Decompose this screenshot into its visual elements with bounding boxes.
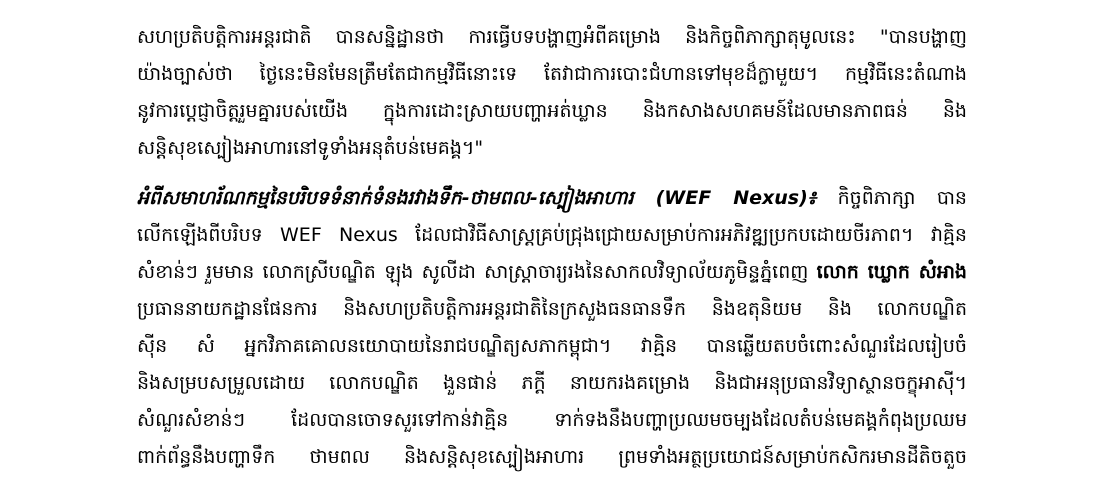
text-line: ស៊ីន សំ អ្នកវិភាគគោលនយោបាយនៃរាជបណ្ឌិត្យស… [137,328,967,365]
text-line: សហប្រតិបត្តិការអន្តរជាតិ បានសន្និដ្ឋានថា… [137,19,967,56]
text-fragment: សំខាន់ៗ រួមមាន លោកស្រីបណ្ឌិត ឡុង សូលីដា … [137,261,817,283]
section-heading: អំពីសមាហរ័ណកម្មនៃបរិបទទំនាក់ទំនងរវាងទឹក-… [137,187,816,209]
text-fragment: កិច្ចពិភាក្សា បាន [816,187,967,209]
text-line: ប្រធាននាយកដ្ឋានផែនការ និងសហប្រតិបត្តិការ… [137,291,967,328]
text-line: និងសម្របសម្រួលដោយ លោកបណ្ឌិត ងួនផាន់ ភក្ត… [137,365,967,402]
text-line: នូវការប្តេជ្ញាចិត្តរួមគ្នារបស់យើង ក្នុងក… [137,93,967,130]
text-line: លើកឡើងពីបរិបទ WEF Nexus ដែលជាវិធីសាស្ត្រ… [137,217,967,254]
document-page: សហប្រតិបត្តិការអន្តរជាតិ បានសន្និដ្ឋានថា… [137,0,967,476]
paragraph-wef-nexus: អំពីសមាហរ័ណកម្មនៃបរិបទទំនាក់ទំនងរវាងទឹក-… [137,180,967,476]
text-line: សន្តិសុខស្បៀងអាហារនៅទូទាំងអនុតំបន់មេគង្គ… [137,130,967,167]
clipped-line [137,0,967,19]
speaker-name-bold: លោក ឃ្លោក សំអាង [817,261,967,283]
text-line: អំពីសមាហរ័ណកម្មនៃបរិបទទំនាក់ទំនងរវាងទឹក-… [137,180,967,217]
text-line: សំខាន់ៗ រួមមាន លោកស្រីបណ្ឌិត ឡុង សូលីដា … [137,254,967,291]
text-line: យ៉ាងច្បាស់ថា ថ្ងៃនេះមិនមែនត្រឹមតែជាកម្មវ… [137,56,967,93]
text-line: ពាក់ព័ន្ធនឹងបញ្ហាទឹក ថាមពល និងសន្តិសុខស្… [137,439,967,476]
text-line: សំណួរសំខាន់ៗ ដែលបានចោទសួរទៅកាន់វាគ្មិន ទ… [137,402,967,439]
paragraph-quote: សហប្រតិបត្តិការអន្តរជាតិ បានសន្និដ្ឋានថា… [137,19,967,167]
